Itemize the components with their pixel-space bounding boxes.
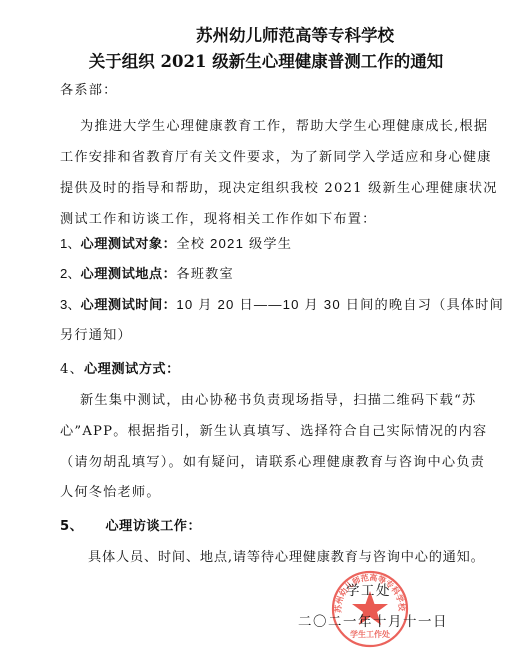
interview-paragraph: 具体人员、时间、地点,请等待心理健康教育与咨询中心的通知。	[88, 549, 485, 567]
signature-department: 学工处	[346, 582, 391, 600]
method-line-2: 心”APP。根据指引，新生认真填写、选择符合自己实际情况的内容	[60, 423, 487, 441]
item-content: 10 月 20 日——10 月 30 日间的晚自习（具体时间	[176, 297, 504, 312]
intro-line-2: 工作安排和省教育厅有关文件要求，为了新同学入学适应和身心健康	[60, 149, 492, 167]
item-content: 各班教室	[176, 266, 234, 281]
signature-date: 二〇二一年十月十一日	[298, 613, 448, 631]
item-3-continued: 另行通知）	[60, 327, 132, 345]
method-line-3: （请勿胡乱填写）。如有疑问，请联系心理健康教育与咨询中心负责	[60, 454, 485, 472]
item-2: 2、心理测试地点：各班教室	[60, 265, 234, 284]
intro-line-1: 为推进大学生心理健康教育工作，帮助大学生心理健康成长,根据	[80, 118, 488, 136]
school-name-title: 苏州幼儿师范高等专科学校	[55, 26, 532, 46]
item-4: 4、心理测试方式：	[60, 361, 180, 379]
item-5: 5、心理访谈工作：	[60, 518, 201, 536]
item-number: 4、	[60, 362, 84, 377]
item-label: 心理测试地点：	[81, 267, 177, 282]
item-label: 心理访谈工作：	[105, 519, 201, 534]
salutation: 各系部：	[60, 82, 118, 100]
intro-line-4: 测试工作和访谈工作，现将相关工作作如下布置：	[60, 211, 377, 229]
notice-title: 关于组织 2021 级新生心理健康普测工作的通知	[0, 52, 532, 72]
method-line-1: 新生集中测试，由心协秘书负责现场指导，扫描二维码下载“苏	[80, 392, 476, 410]
item-number: 5、	[60, 519, 83, 534]
item-number: 1、	[60, 236, 81, 251]
item-label: 心理测试时间：	[81, 298, 177, 313]
official-seal-stamp: 苏州幼儿师范高等专科学校 学生工作处	[330, 569, 410, 649]
item-3: 3、心理测试时间：10 月 20 日——10 月 30 日间的晚自习（具体时间	[60, 296, 504, 315]
item-1: 1、心理测试对象：全校 2021 级学生	[60, 235, 292, 254]
intro-line-3: 提供及时的指导和帮助，现决定组织我校 2021 级新生心理健康状况	[60, 180, 498, 198]
item-label: 心理测试对象：	[81, 237, 177, 252]
item-number: 3、	[60, 297, 81, 312]
item-label: 心理测试方式：	[84, 362, 180, 377]
method-line-4: 人何冬怡老师。	[60, 484, 161, 502]
item-content: 全校 2021 级学生	[176, 236, 292, 251]
item-number: 2、	[60, 266, 81, 281]
